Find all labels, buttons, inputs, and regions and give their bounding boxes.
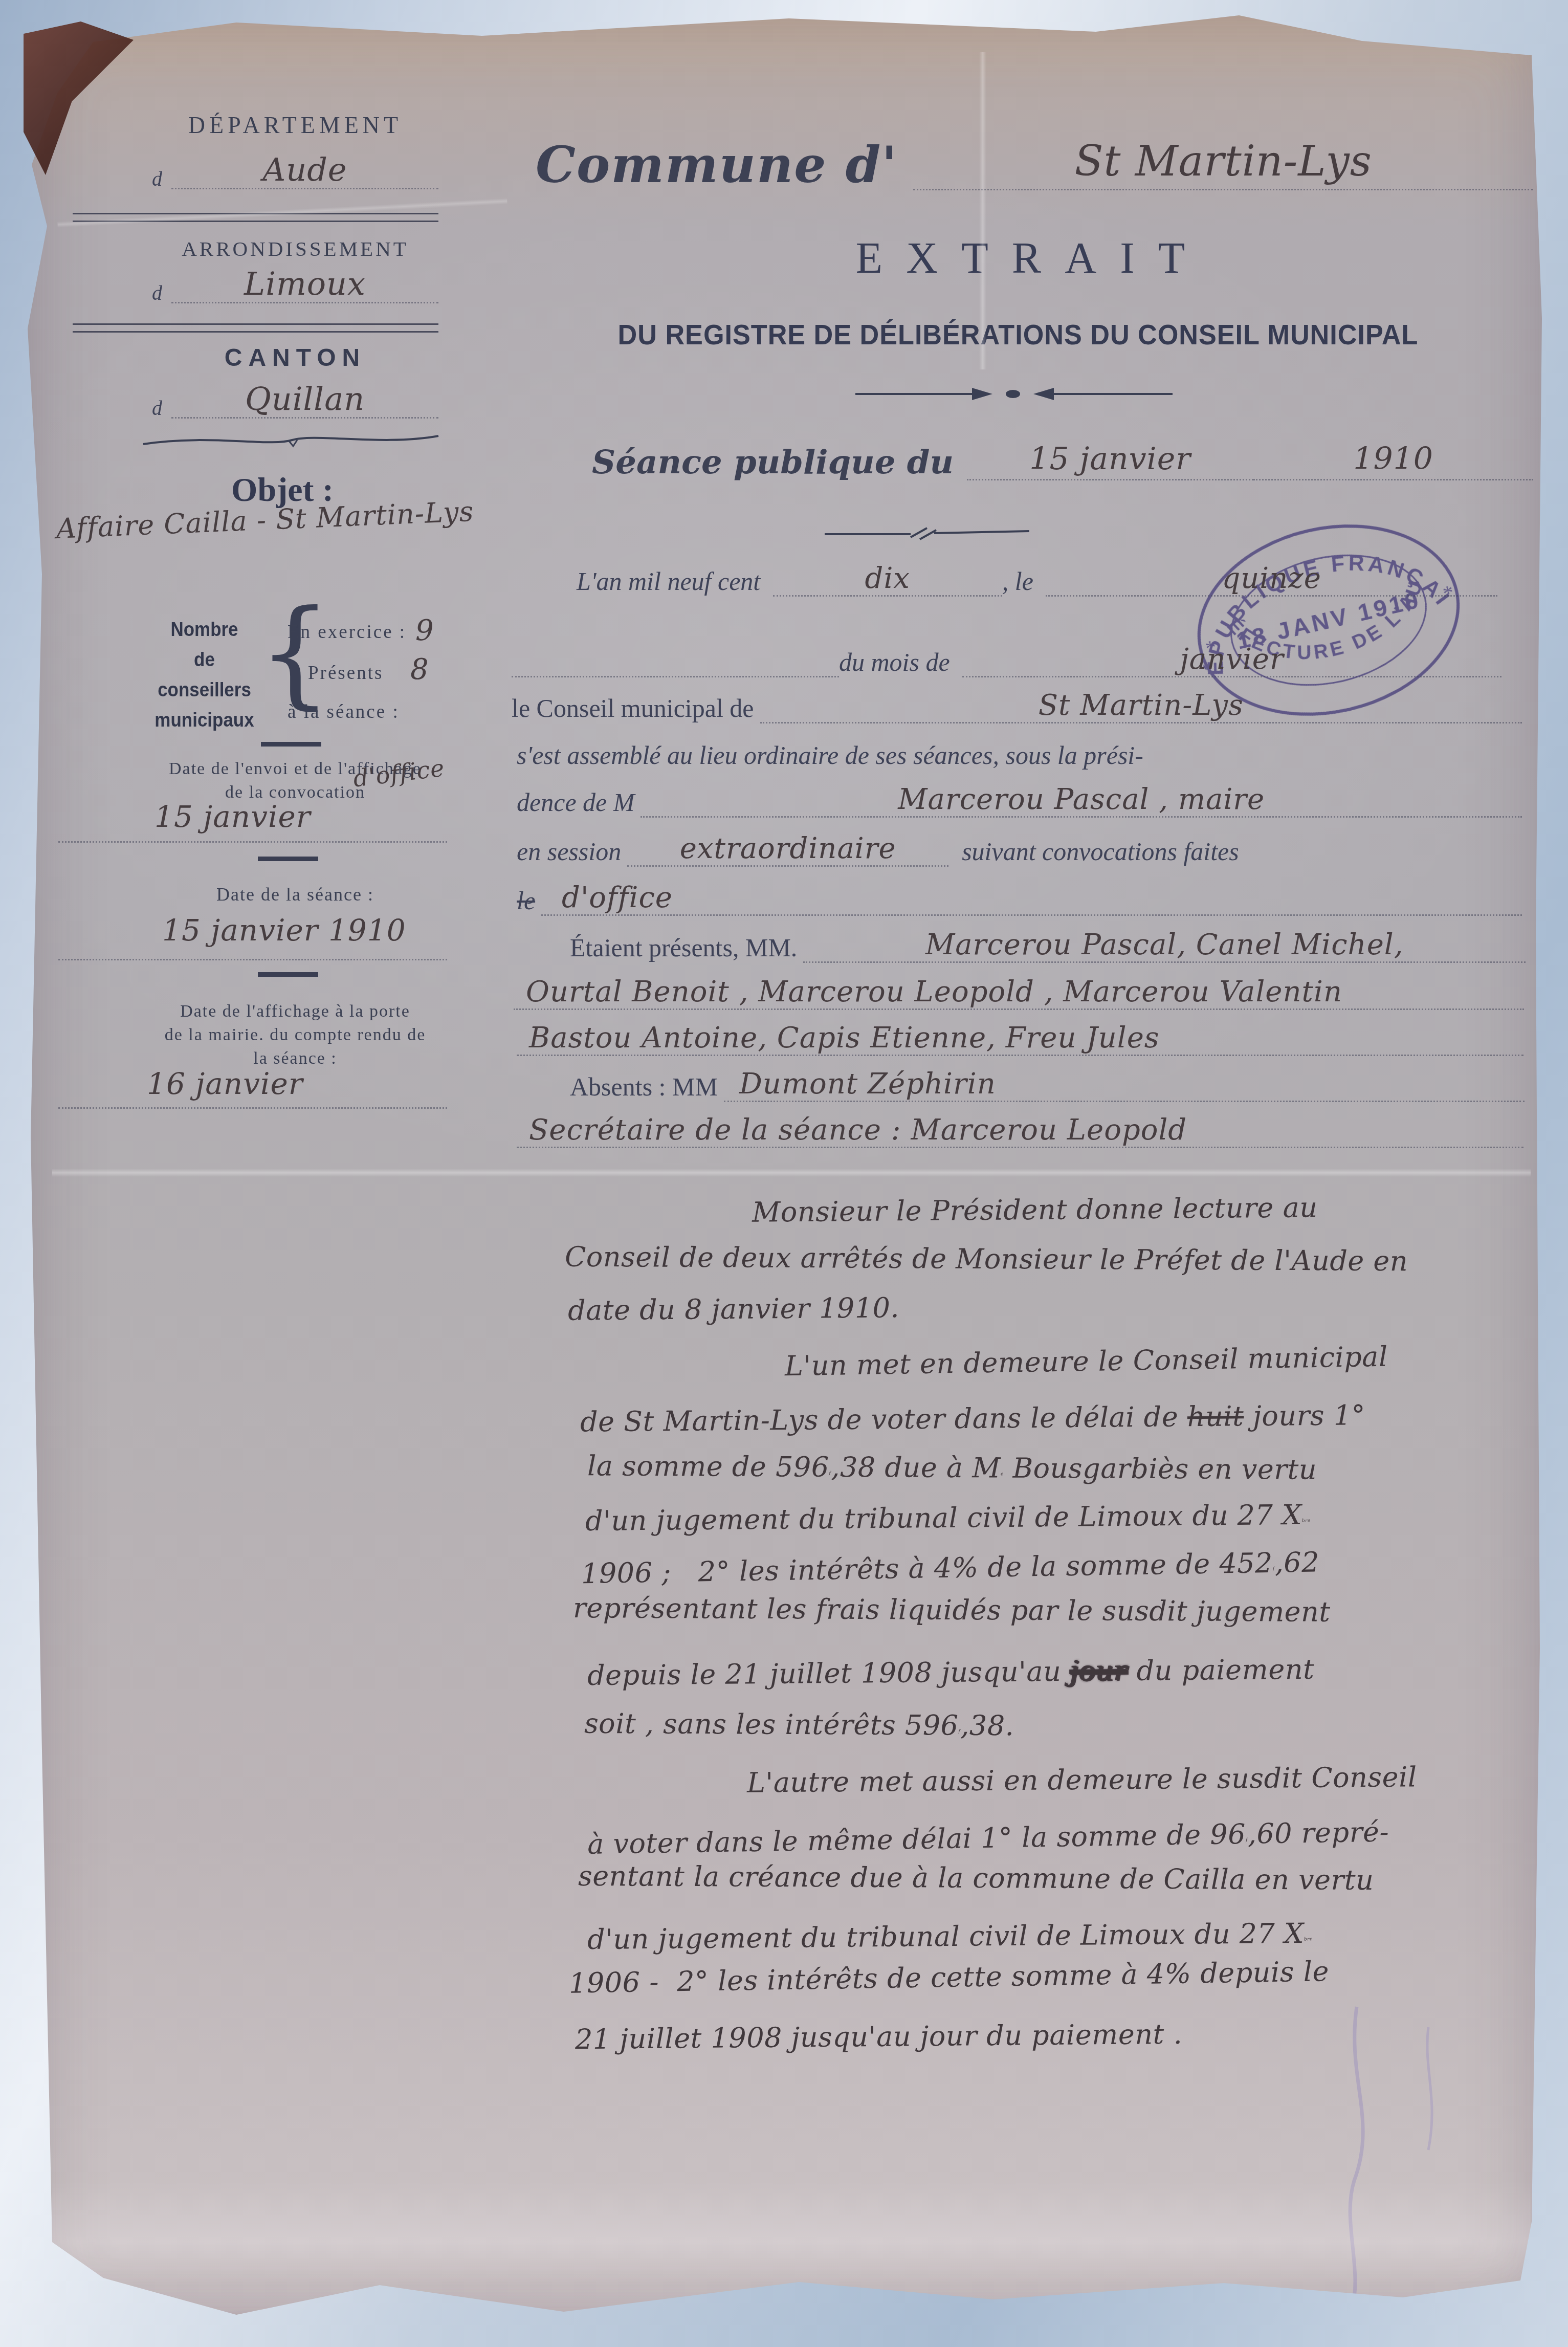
conseillers-label-line: de conseillers: [149, 645, 259, 706]
handwritten-text: soit , sans les intérêts 596: [584, 1707, 959, 1742]
body-line: Monsieur le Président donne lecture au: [752, 1192, 1318, 1229]
handwritten-text: Conseil de deux arrêtés de Monsieur le P…: [565, 1241, 1408, 1278]
printed-text: suivant convocations faites: [948, 836, 1245, 867]
divider-rule: [73, 213, 438, 222]
body-line: de St Martin-Lys de voter dans le délai …: [568, 1390, 1366, 1447]
separator: [258, 857, 318, 861]
form-line: Secrétaire de la séance : Marcerou Leopo…: [517, 1115, 1523, 1148]
handwritten-text: sentant la créance due à la commune de C…: [578, 1860, 1374, 1896]
brace-glyph: {: [258, 595, 332, 711]
commune-line: Commune d' St Martin-Lys: [536, 137, 1533, 190]
conseillers-label: Nombre de conseillers municipaux: [149, 615, 259, 736]
printed-text: le Conseil municipal de: [512, 693, 760, 723]
handwritten-text: ,60 repré-: [1247, 1816, 1389, 1850]
body-line: Conseil de deux arrêtés de Monsieur le P…: [565, 1241, 1408, 1278]
handwritten-text: date du 8 janvier 1910.: [568, 1291, 900, 1327]
seance-date: 15 janvier: [967, 441, 1253, 480]
handwritten-text: Marcerou Pascal , maire: [641, 785, 1522, 818]
printed-text: du mois de: [839, 647, 962, 677]
body-line: L'autre met aussi en demeure le susdit C…: [747, 1761, 1417, 1799]
conseillers-label-line: Nombre: [149, 615, 259, 645]
field-prefix: d: [152, 283, 171, 303]
body-line: date du 8 janvier 1910.: [568, 1292, 900, 1327]
dotted-line: [58, 841, 447, 843]
body-line: représentant les frais liquidés par le s…: [573, 1592, 1331, 1628]
form-line: en session extraordinaire suivant convoc…: [517, 834, 1512, 867]
seance-prefix: Séance publique du: [592, 445, 967, 480]
printed-text: L'an mil neuf cent: [577, 566, 773, 597]
form-line: du mois de janvier: [512, 645, 1501, 677]
handwritten-text: Bastou Antoine, Capis Etienne, Freu Jule…: [517, 1023, 1523, 1056]
form-line: L'an mil neuf cent dix , le quinze: [577, 564, 1497, 597]
date-seance-value: 15 janvier 1910: [162, 913, 406, 948]
handwritten-text: St Martin-Lys: [760, 691, 1522, 723]
handwritten-text: L'autre met aussi en demeure le susdit C…: [747, 1761, 1417, 1798]
form-line: Ourtal Benoit , Marcerou Leopold , Marce…: [514, 977, 1524, 1010]
fold-crease: [52, 1169, 1531, 1177]
handwritten-text: d'office: [541, 883, 1522, 916]
seance-publique-line: Séance publique du 15 janvier 1910: [592, 441, 1533, 480]
form-line: Absents : MM Dumont Zéphirin: [570, 1069, 1525, 1102]
body-line: L'un met en demeure le Conseil municipal: [785, 1341, 1388, 1383]
arrow-divider: [855, 384, 1173, 404]
form-line: Bastou Antoine, Capis Etienne, Freu Jule…: [517, 1023, 1523, 1056]
form-line: dence de M Marcerou Pascal , maire: [517, 785, 1522, 818]
affichage-label-line: Date de l'affichage à la porte: [126, 1000, 464, 1023]
field-prefix: d: [152, 169, 171, 189]
document-paper: DÉPARTEMENT d Aude ARRONDISSEMENT d Limo…: [21, 11, 1551, 2337]
handwritten-text: représentant les frais liquidés par le s…: [573, 1592, 1331, 1628]
seance-year: 1910: [1253, 441, 1533, 480]
divider-rule: [73, 323, 438, 333]
presents-label: Présents: [308, 663, 383, 684]
dotted-line: [58, 1107, 447, 1109]
struck-word: huit: [1187, 1400, 1244, 1433]
handwritten-text: Bousgarbiès en vertu: [1004, 1452, 1317, 1486]
handwritten-text: jours 1°: [1244, 1399, 1365, 1432]
departement-label: DÉPARTEMENT: [149, 112, 441, 139]
body-line: soit , sans les intérêts 596f,38.: [572, 1699, 1014, 1751]
presents: Présents 8: [308, 662, 383, 684]
date-seance-label: Date de la séance :: [142, 882, 449, 907]
form-line: Étaient présents, MM. Marcerou Pascal, C…: [570, 930, 1526, 963]
arrondissement-value: Limoux: [171, 268, 438, 303]
handwritten-text: Monsieur le Président donne lecture au: [752, 1191, 1318, 1229]
commune-prefix: Commune d': [536, 140, 913, 190]
bottom-smudge: [93, 2309, 502, 2344]
handwritten-text: ,62: [1274, 1546, 1319, 1578]
separator: [258, 972, 318, 977]
a-la-seance-label: à la séance :: [288, 701, 400, 723]
separator: [261, 742, 321, 747]
arrondissement-field: d Limoux: [152, 265, 438, 303]
affichage-label: Date de l'affichage à la porte de la mai…: [126, 1000, 464, 1070]
handwritten-text: Ourtal Benoit , Marcerou Leopold , Marce…: [514, 977, 1524, 1010]
superscript: bre: [1302, 1518, 1311, 1523]
dotted-fill: [512, 676, 839, 677]
form-line: le Conseil municipal de St Martin-Lys: [512, 691, 1522, 723]
printed-text: le: [517, 885, 541, 916]
handwritten-text: quinze: [1046, 564, 1497, 597]
departement-value: Aude: [171, 154, 438, 189]
affichage-label-line: de la mairie. du compte rendu de: [126, 1023, 464, 1047]
body-line: la somme de 596f,38 due à Me Bousgarbiès…: [575, 1441, 1317, 1495]
affichage-value: 16 janvier: [147, 1066, 303, 1101]
body-line: depuis le 21 juillet 1908 jusqu'au jour …: [575, 1644, 1315, 1701]
conseillers-label-line: municipaux: [149, 706, 259, 736]
canton-field: d Quillan: [152, 379, 438, 419]
form-line: le d'office: [517, 883, 1522, 916]
departement-field: d Aude: [152, 150, 438, 189]
scribbled-word: jour: [1070, 1655, 1128, 1687]
field-prefix: d: [152, 398, 171, 419]
en-exercice: En exercice : 9: [288, 621, 406, 643]
en-exercice-label: En exercice :: [288, 622, 406, 643]
form-line: s'est assemblé au lieu ordinaire de ses …: [517, 740, 1504, 771]
presents-value: 8: [410, 653, 429, 686]
photo-scene: DÉPARTEMENT d Aude ARRONDISSEMENT d Limo…: [0, 0, 1568, 2347]
printed-text: , le: [1002, 566, 1046, 597]
printed-text: s'est assemblé au lieu ordinaire de ses …: [517, 740, 1150, 771]
page-title: EXTRAIT: [513, 232, 1528, 283]
ink-bleed-mark: [1070, 1997, 1479, 2324]
canton-value: Quillan: [171, 383, 438, 419]
handwritten-text: Marcerou Pascal, Canel Michel,: [803, 930, 1526, 963]
handwritten-text: Dumont Zéphirin: [724, 1069, 1525, 1102]
body-line: d'un jugement du tribunal civil de Limou…: [575, 1909, 1313, 1965]
arrondissement-label: ARRONDISSEMENT: [149, 236, 441, 261]
handwritten-text: du paiement: [1128, 1653, 1315, 1687]
handwritten-text: ,38 due à M: [831, 1451, 1001, 1484]
handwritten-text: extraordinaire: [627, 834, 948, 867]
handwritten-text: à voter dans le même délai 1° la somme d…: [587, 1818, 1246, 1860]
printed-text: en session: [517, 836, 627, 867]
page-subtitle: DU REGISTRE DE DÉLIBÉRATIONS DU CONSEIL …: [522, 318, 1514, 351]
canton-label: CANTON: [149, 344, 441, 372]
envoi-value: 15 janvier: [154, 799, 311, 834]
superscript: bre: [1304, 1937, 1313, 1942]
handwritten-text: Secrétaire de la séance : Marcerou Leopo…: [517, 1115, 1523, 1148]
handwritten-text: de St Martin-Lys de voter dans le délai …: [580, 1400, 1187, 1438]
handwritten-text: L'un met en demeure le Conseil municipal: [785, 1341, 1388, 1383]
body-line: 1906 ; 2° les intérêts à 4% de la somme …: [568, 1537, 1320, 1599]
small-divider: [825, 524, 1029, 542]
handwritten-text: depuis le 21 juillet 1908 jusqu'au: [587, 1655, 1071, 1692]
handwritten-text: d'un jugement du tribunal civil de Limou…: [587, 1917, 1305, 1956]
body-line: sentant la créance due à la commune de C…: [578, 1860, 1374, 1896]
handwritten-text: la somme de 596: [587, 1450, 829, 1483]
handwritten-text: ,38.: [960, 1709, 1014, 1742]
printed-text: Absents : MM: [570, 1071, 724, 1102]
commune-value: St Martin-Lys: [913, 137, 1533, 190]
en-exercice-value: 9: [415, 614, 434, 647]
handwritten-text: dix: [773, 564, 1002, 597]
printed-text: Étaient présents, MM.: [570, 932, 803, 963]
printed-text: dence de M: [517, 787, 641, 818]
handwritten-text: d'un jugement du tribunal civil de Limou…: [585, 1499, 1302, 1537]
handwritten-text: 1906 ; 2° les intérêts à 4% de la somme …: [581, 1547, 1273, 1590]
swash-ornament: [142, 432, 441, 453]
body-line: d'un jugement du tribunal civil de Limou…: [573, 1490, 1311, 1547]
dotted-line: [58, 959, 447, 960]
handwritten-text: janvier: [962, 645, 1501, 677]
